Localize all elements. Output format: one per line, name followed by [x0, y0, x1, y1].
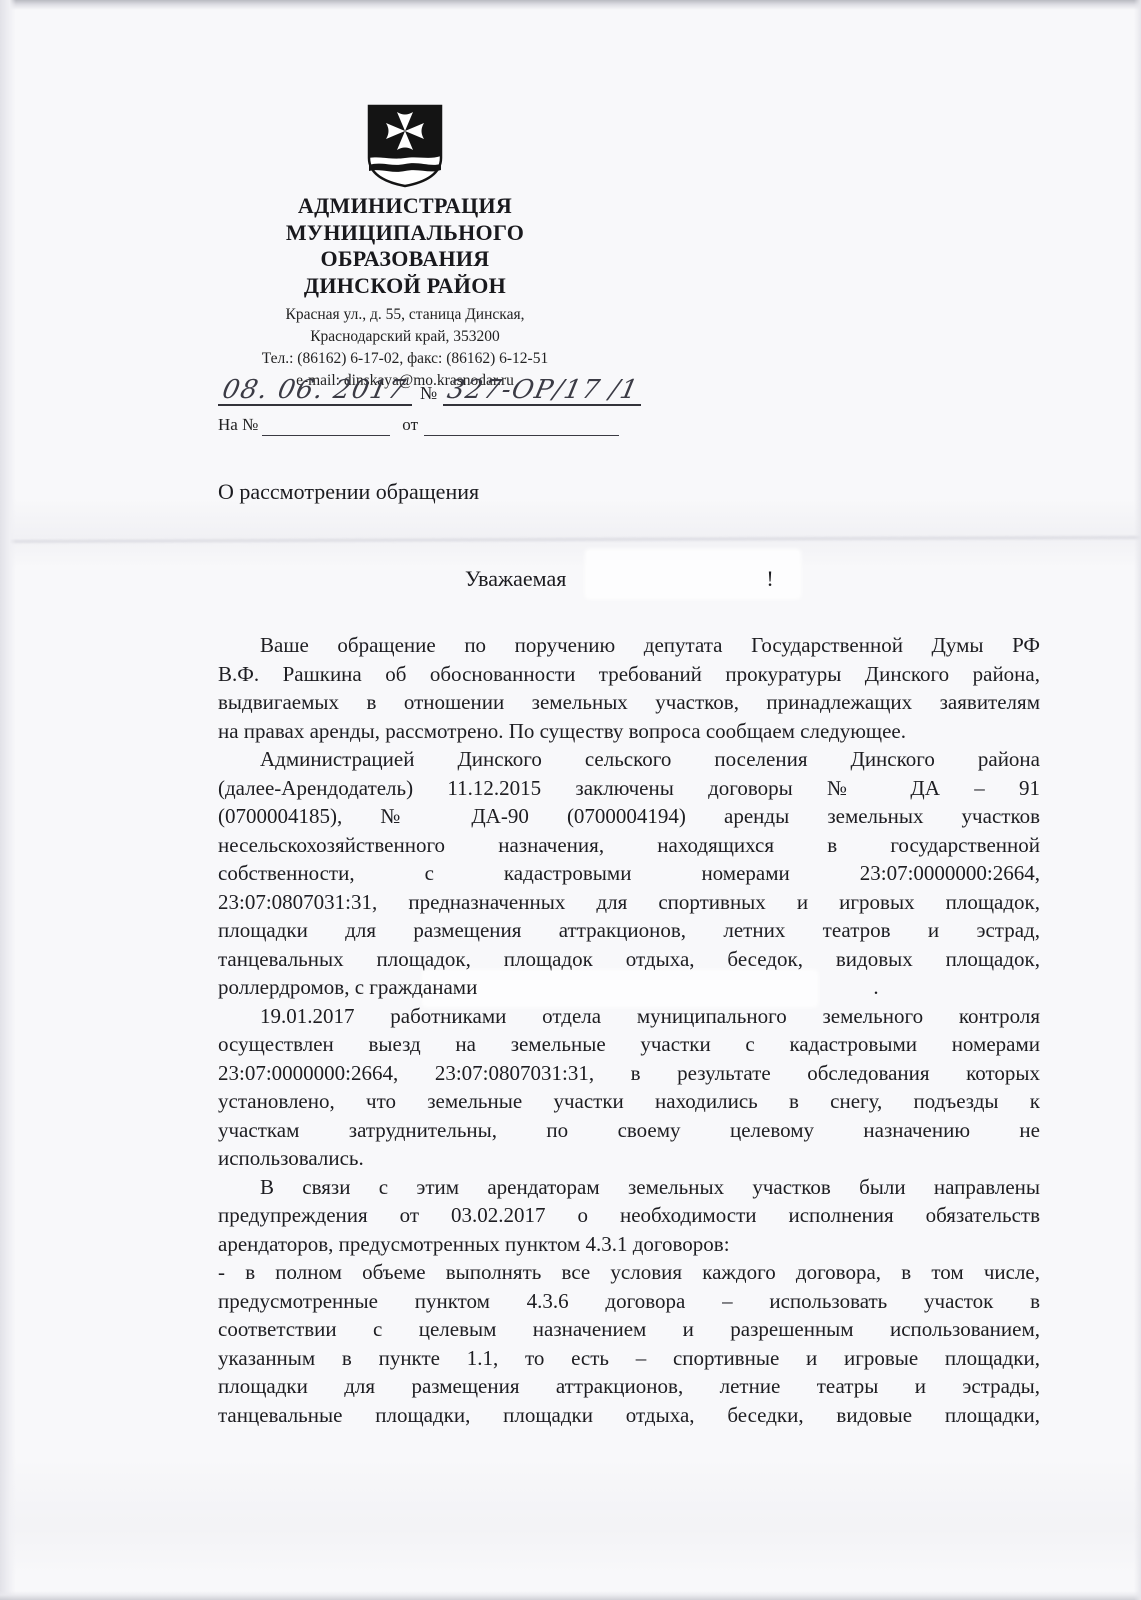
- scan-edge-top: [0, 0, 1141, 10]
- body-line: указанным в пункте 1.1, то есть – спорти…: [218, 1344, 1040, 1373]
- outgoing-number-handwritten: 327-ОР/17 /1: [445, 377, 641, 403]
- body-line: танцевальные площадки, площадки отдыха, …: [218, 1401, 1040, 1430]
- body-line: Ваше обращение по поручению депутата Гос…: [218, 631, 1040, 660]
- body-line: танцевальных площадок, площадок отдыха, …: [218, 945, 1040, 974]
- incoming-date-blank: [424, 413, 619, 436]
- body-line: предусмотренные пунктом 4.3.6 договора –…: [218, 1287, 1040, 1316]
- body-line: 23:07:0807031:31, предназначенных для сп…: [218, 888, 1040, 917]
- org-name-line: АДМИНИСТРАЦИЯ: [218, 193, 592, 220]
- body-line: на правах аренды, рассмотрено. По сущест…: [218, 717, 1040, 746]
- body-line: несельскохозяйственного назначения, нахо…: [218, 831, 1040, 860]
- org-name-line: ОБРАЗОВАНИЯ: [218, 246, 592, 273]
- outgoing-reference-row: 08. 06. 2017 № 327-ОР/17 /1: [218, 368, 641, 406]
- outgoing-number-blank: 327-ОР/17 /1: [443, 366, 641, 406]
- salutation-prefix: Уважаемая: [465, 566, 566, 591]
- org-name-line: ДИНСКОЙ РАЙОН: [218, 273, 592, 300]
- incoming-ref-label: На №: [218, 415, 258, 436]
- scan-shading-band: [0, 1455, 1141, 1575]
- scan-shading-band: [0, 498, 1141, 568]
- number-sign: №: [420, 382, 437, 406]
- organization-name: АДМИНИСТРАЦИЯ МУНИЦИПАЛЬНОГО ОБРАЗОВАНИЯ…: [218, 193, 592, 299]
- body-line: 19.01.2017 работниками отдела муниципаль…: [218, 1002, 1040, 1031]
- body-line: 23:07:0000000:2664, 23:07:0807031:31, в …: [218, 1059, 1040, 1088]
- body-line: площадки для размещения аттракционов, ле…: [218, 916, 1040, 945]
- body-line: (далее-Арендодатель) 11.12.2015 заключен…: [218, 774, 1040, 803]
- body-line-with-redaction: роллердромов, с гражданами.: [218, 973, 1040, 1002]
- address-line: Красная ул., д. 55, станица Динская,: [218, 304, 592, 326]
- body-line: - в полном объеме выполнять все условия …: [218, 1258, 1040, 1287]
- body-line: участкам затруднительны, по своему целев…: [218, 1116, 1040, 1145]
- body-line: установлено, что земельные участки наход…: [218, 1087, 1040, 1116]
- body-line-text: роллердромов, с гражданами: [218, 975, 477, 999]
- body-line: выдвигаемых в отношении земельных участк…: [218, 688, 1040, 717]
- scanned-letter-page: АДМИНИСТРАЦИЯ МУНИЦИПАЛЬНОГО ОБРАЗОВАНИЯ…: [0, 0, 1141, 1600]
- address-line: Краснодарский край, 353200: [218, 326, 592, 348]
- scan-edge-right: [1134, 0, 1141, 1600]
- letterhead: АДМИНИСТРАЦИЯ МУНИЦИПАЛЬНОГО ОБРАЗОВАНИЯ…: [218, 103, 592, 392]
- body-line: предупреждения от 03.02.2017 о необходим…: [218, 1201, 1040, 1230]
- body-line-period: .: [873, 975, 878, 999]
- coat-of-arms-emblem-icon: [365, 103, 445, 189]
- body-line: Администрацией Динского сельского поселе…: [218, 745, 1040, 774]
- scan-edge-left: [0, 0, 16, 1600]
- incoming-number-blank: [262, 413, 390, 436]
- body-line: арендаторов, предусмотренных пунктом 4.3…: [218, 1230, 1040, 1259]
- body-line: В связи с этим арендаторам земельных уча…: [218, 1173, 1040, 1202]
- body-line: площадки для размещения аттракционов, ле…: [218, 1372, 1040, 1401]
- body-line: осуществлен выезд на земельные участки с…: [218, 1030, 1040, 1059]
- incoming-reference-row: На № от: [218, 412, 619, 436]
- body-line: использовались.: [218, 1144, 1040, 1173]
- body-line: соответствии с целевым назначением и раз…: [218, 1315, 1040, 1344]
- salutation-exclamation: !: [766, 566, 773, 591]
- org-name-line: МУНИЦИПАЛЬНОГО: [218, 220, 592, 247]
- letter-body: Ваше обращение по поручению депутата Гос…: [218, 631, 1040, 1429]
- subject-line: О рассмотрении обращения: [218, 479, 479, 505]
- body-line: (0700004185), № ДА-90 (0700004194) аренд…: [218, 802, 1040, 831]
- salutation-line: Уважаемая!: [218, 566, 1040, 592]
- body-line: собственности, с кадастровыми номерами 2…: [218, 859, 1040, 888]
- body-line: В.Ф. Рашкина об обоснованности требовани…: [218, 660, 1040, 689]
- incoming-from-label: от: [402, 415, 418, 436]
- scan-edge-bottom: [0, 1591, 1141, 1600]
- outgoing-date-handwritten: 08. 06. 2017: [220, 377, 409, 403]
- outgoing-date-blank: 08. 06. 2017: [218, 366, 412, 406]
